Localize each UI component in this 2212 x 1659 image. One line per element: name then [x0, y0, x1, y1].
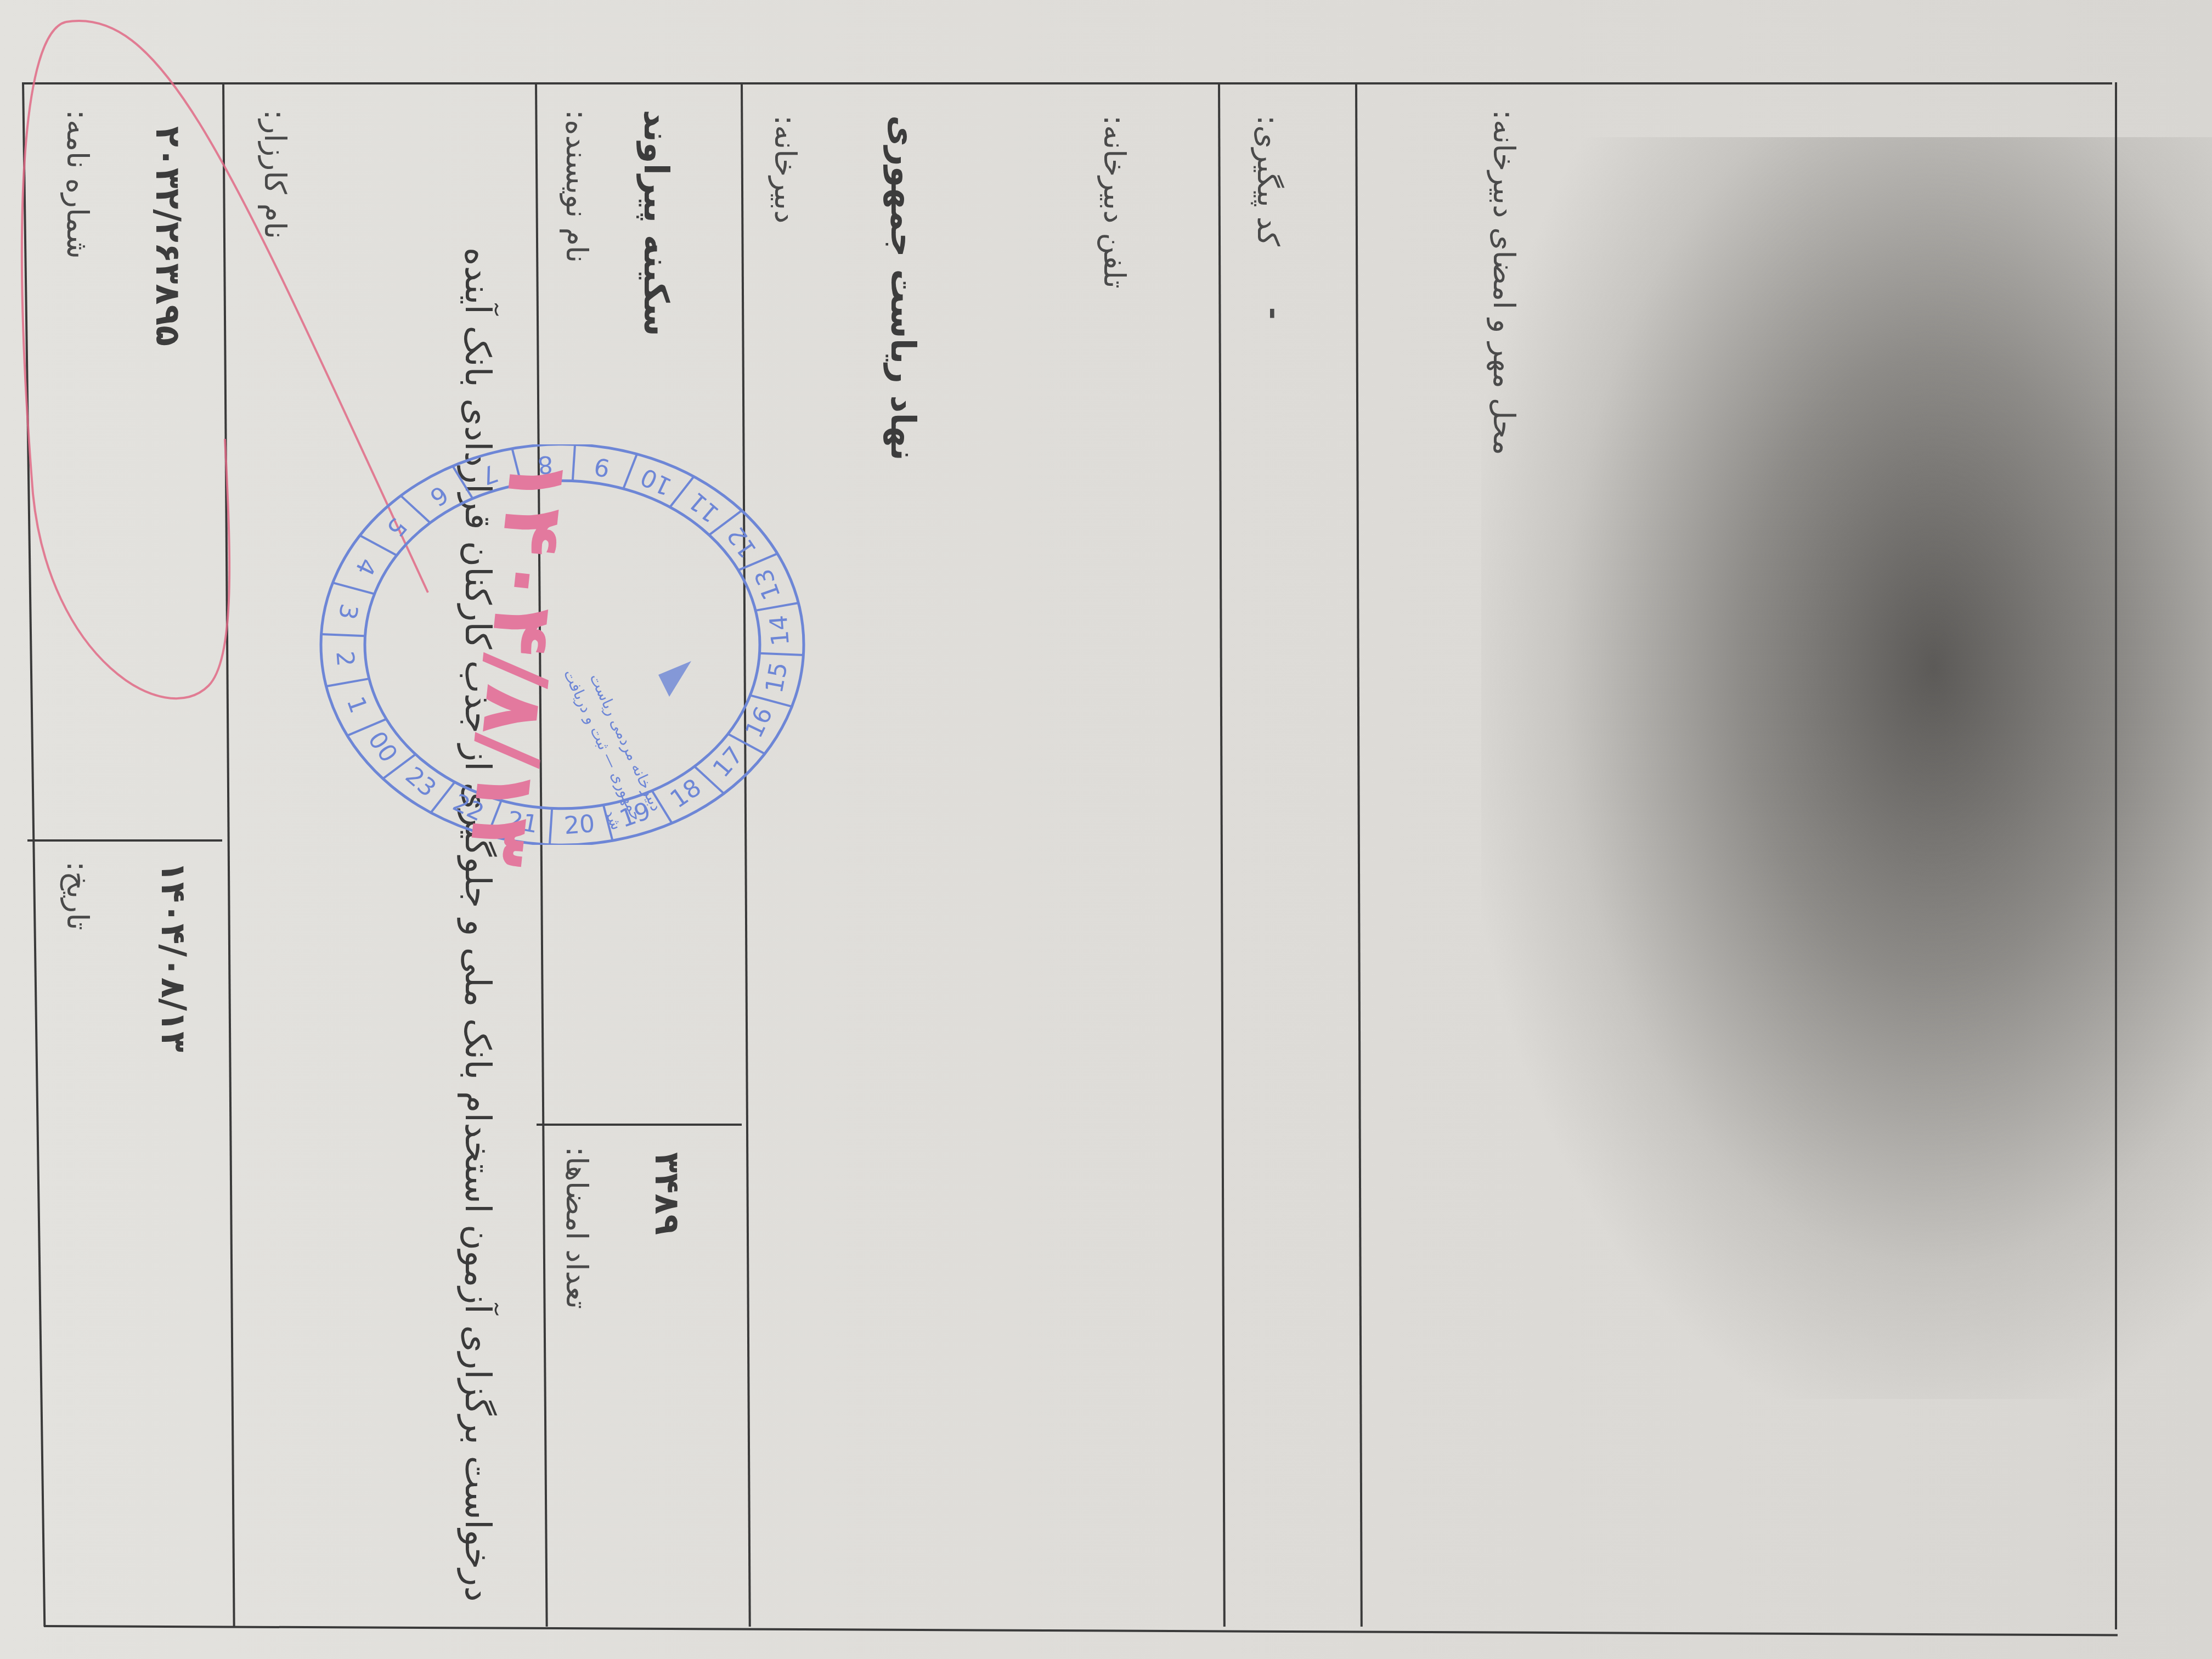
table-border-right: [2115, 82, 2117, 1629]
date-label: تاریخ:: [60, 861, 95, 930]
letter-number-value: ۲۰۳۲/۲۶۳۸۹۵: [148, 126, 188, 346]
submitter-label: نام کارزار:: [258, 110, 292, 239]
letter-number-label: شماره نامه:: [60, 110, 95, 259]
secretariat-value: نهاد ریاست جمهوری: [883, 115, 923, 461]
seal-location-label: محل مهر و امضای دبیرخانه:: [1487, 110, 1521, 455]
tracking-code-label: کد پیگیری:: [1251, 115, 1285, 246]
table-border-top: [22, 82, 2112, 84]
author-value: سکینه پیراوند: [636, 110, 676, 336]
author-label: نام نویسنده:: [560, 110, 594, 263]
date-value: ۱۴۰۴/۰۸/۱۳: [154, 861, 194, 1052]
tracking-code-value: -: [1256, 307, 1291, 319]
secretariat-phone-label: تلفن دبیرخانه:: [1097, 115, 1132, 289]
signature-count-label: تعداد امضاها:: [560, 1147, 594, 1309]
column-split-author-count: [537, 1124, 742, 1126]
column-split-number-date: [27, 839, 222, 842]
signature-count-value: ۳۴۸۹: [647, 1152, 687, 1235]
secretariat-label: دبیرخانه:: [768, 115, 803, 223]
